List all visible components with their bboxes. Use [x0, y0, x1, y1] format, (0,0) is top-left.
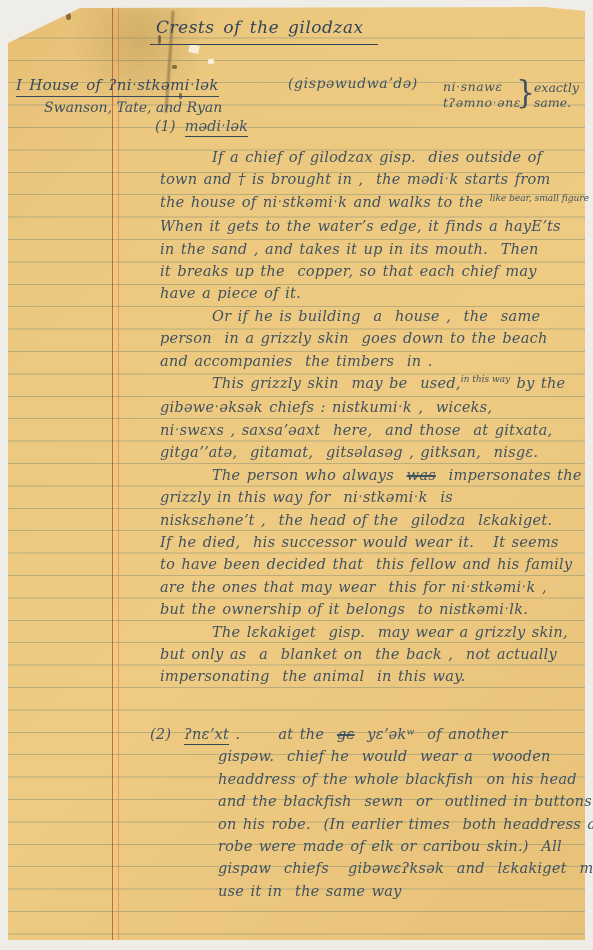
curly-brace: } — [516, 75, 535, 112]
handwritten-line: town and † is brought in , the mədiˑk st… — [160, 169, 576, 191]
handwritten-segment: are the ones that may wear this for niˑs… — [160, 580, 547, 596]
handwritten-line: in the sand , and takes it up in its mou… — [160, 239, 576, 261]
handwritten-line: nisksεhəneʼt , the head of the gilodza l… — [160, 510, 576, 532]
handwritten-line: gitgaʼʼatə, gitamat, gitsəlasəg , gitksa… — [160, 442, 576, 464]
handwritten-segment: (2) — [150, 727, 184, 743]
page-title: Crests of the gilodzax — [150, 18, 378, 45]
handwritten-segment: and the blackfish sewn or outlined in bu… — [218, 794, 592, 810]
handwritten-line: niˑswεxs , saxsaʼəaxt here, and those at… — [160, 420, 576, 442]
notes-paragraph: This grizzly skin may be used,in this wa… — [160, 373, 576, 465]
handwritten-line: If he died, his successor would wear it.… — [160, 532, 576, 554]
handwritten-segment: grizzly in this way for niˑstkəmiˑk is — [160, 490, 453, 506]
brace-note: exactly same. — [534, 80, 579, 110]
handwritten-segment-sup: in this way — [461, 375, 510, 385]
brace-note-line: same. — [534, 95, 579, 110]
brace-note-line: exactly — [534, 80, 579, 95]
handwritten-segment: on his robe. (In earlier times both head… — [218, 817, 593, 833]
handwritten-line: on his robe. (In earlier times both head… — [218, 814, 580, 836]
handwritten-line: are the ones that may wear this for niˑs… — [160, 577, 576, 599]
paper-speck — [66, 13, 71, 20]
handwritten-segment: Or if he is building a house , the same — [212, 309, 540, 325]
handwritten-segment: If he died, his successor would wear it.… — [160, 535, 559, 551]
handwritten-segment: person in a grizzly skin goes down to th… — [160, 331, 548, 347]
handwritten-segment: When it gets to the waterʼs edge, it fin… — [160, 219, 561, 235]
handwritten-segment: have a piece of it. — [160, 286, 301, 302]
notes-paragraph: Or if he is building a house , the samep… — [160, 306, 576, 373]
handwritten-line: headdress of the whole blackfish on his … — [218, 769, 580, 791]
handwritten-line: and accompanies the timbers in . — [160, 351, 576, 373]
item-number: (1) — [155, 119, 176, 135]
section-heading: I House of ʔniˑstkəmiˑlək — [16, 76, 219, 97]
margin-line — [118, 7, 119, 940]
handwritten-line: gispaw chiefs gibəwεʔksək and lεkakiget … — [218, 858, 580, 880]
handwritten-segment-sup: like bear, small figure — [490, 194, 589, 204]
crest-item-term: mədiˑlək — [185, 119, 248, 137]
handwritten-segment: . at the — [229, 727, 337, 743]
handwritten-segment: town and † is brought in , the mədiˑk st… — [160, 172, 550, 188]
notes-paragraph: If a chief of gilodzax gisp. dies outsid… — [160, 147, 576, 306]
crest-item-2-heading: (2) ʔnεʼxt . at the gε yεʼəkʷ of another — [150, 724, 580, 746]
handwritten-line: The lεkakiget gisp. may wear a grizzly s… — [160, 622, 576, 644]
handwritten-segment: If a chief of gilodzax gisp. dies outsid… — [212, 150, 542, 166]
handwritten-segment: but only as a blanket on the back , not … — [160, 647, 557, 663]
handwritten-line: (2) ʔnεʼxt . at the gε yεʼəkʷ of another — [150, 724, 580, 746]
handwritten-segment: headdress of the whole blackfish on his … — [218, 772, 577, 788]
handwritten-segment-underline: ʔnεʼxt — [184, 727, 229, 745]
handwritten-segment: beach. — [589, 195, 593, 211]
handwritten-segment: yεʼəkʷ of another — [355, 727, 508, 743]
handwritten-segment: The person who always — [212, 468, 407, 484]
phonetic-annotation: (gispəwudwaʼdə) — [288, 76, 418, 92]
margin-line — [112, 7, 113, 940]
handwritten-segment: gitgaʼʼatə, gitamat, gitsəlasəg , gitksa… — [160, 445, 538, 461]
notes-paragraph: The person who always was impersonates t… — [160, 465, 576, 622]
handwritten-line: Or if he is building a house , the same — [160, 306, 576, 328]
handwritten-line: to have been decided that this fellow an… — [160, 554, 576, 576]
handwritten-segment: by the — [510, 376, 565, 392]
paper-speck — [172, 65, 177, 69]
scanned-notebook-page: Crests of the gilodzax I House of ʔniˑst… — [0, 0, 593, 950]
handwritten-segment-strike: gε — [337, 727, 355, 743]
handwritten-line: it breaks up the copper, so that each ch… — [160, 261, 576, 283]
notes-block: If a chief of gilodzax gisp. dies outsid… — [160, 147, 576, 689]
handwritten-line: impersonating the animal in this way. — [160, 666, 576, 688]
handwritten-line: person in a grizzly skin goes down to th… — [160, 328, 576, 350]
handwritten-segment: but the ownership of it belongs to nistk… — [160, 602, 528, 618]
handwritten-segment: impersonates the — [436, 468, 582, 484]
notes-paragraph: The lεkakiget gisp. may wear a grizzly s… — [160, 622, 576, 689]
handwritten-segment-strike: was — [407, 468, 436, 484]
handwritten-segment: gibəweˑəksək chiefs : nistkumiˑk , wicek… — [160, 400, 492, 416]
handwritten-line: the house of niˑstkəmiˑk and walks to th… — [160, 192, 576, 216]
handwritten-line: When it gets to the waterʼs edge, it fin… — [160, 216, 576, 238]
handwritten-segment: in the sand , and takes it up in its mou… — [160, 242, 539, 258]
handwritten-segment: The lεkakiget gisp. may wear a grizzly s… — [212, 625, 568, 641]
handwritten-segment: to have been decided that this fellow an… — [160, 557, 572, 573]
handwritten-line: The person who always was impersonates t… — [160, 465, 576, 487]
handwritten-line: but only as a blanket on the back , not … — [160, 644, 576, 666]
handwritten-line: robe were made of elk or caribou skin.) … — [218, 836, 580, 858]
spacer — [176, 119, 185, 135]
handwritten-line: This grizzly skin may be used,in this wa… — [160, 373, 576, 397]
paper-chip — [208, 59, 215, 65]
crest-item-1-heading: (1) mədiˑlək — [155, 119, 248, 135]
handwritten-segment: nisksεhəneʼt , the head of the gilodza l… — [160, 513, 552, 529]
notes-paragraph: gispəw. chief he would wear a woodenhead… — [218, 746, 580, 903]
handwritten-segment: the house of niˑstkəmiˑk and walks to th… — [160, 195, 490, 211]
handwritten-segment: gispaw chiefs gibəwεʔksək and lεkakiget … — [218, 861, 593, 877]
handwritten-line: but the ownership of it belongs to nistk… — [160, 599, 576, 621]
handwritten-segment: This grizzly skin may be used, — [212, 376, 461, 392]
phonetic-variant-list: niˑsnawε tʔəmnoˑənε — [443, 79, 521, 111]
handwritten-line: have a piece of it. — [160, 283, 576, 305]
handwritten-segment: and accompanies the timbers in . — [160, 354, 433, 370]
paper-chip — [188, 44, 199, 54]
handwritten-segment: gispəw. chief he would wear a wooden — [218, 749, 551, 765]
handwritten-segment: use it in the same way — [218, 884, 402, 900]
handwritten-segment: impersonating the animal in this way. — [160, 669, 466, 685]
handwritten-line: and the blackfish sewn or outlined in bu… — [218, 791, 580, 813]
handwritten-line: gispəw. chief he would wear a wooden — [218, 746, 580, 768]
handwritten-segment: robe were made of elk or caribou skin.) … — [218, 839, 562, 855]
handwritten-line: gibəweˑəksək chiefs : nistkumiˑk , wicek… — [160, 397, 576, 419]
handwritten-segment: it breaks up the copper, so that each ch… — [160, 264, 537, 280]
handwritten-segment: niˑswεxs , saxsaʼəaxt here, and those at… — [160, 423, 552, 439]
crest-item-2-block: (2) ʔnεʼxt . at the gε yεʼəkʷ of another… — [150, 724, 580, 903]
informant-attribution: Swanson, Tate, and Ryan — [44, 100, 222, 116]
handwritten-line: use it in the same way — [218, 881, 580, 903]
handwritten-line: If a chief of gilodzax gisp. dies outsid… — [160, 147, 576, 169]
phonetic-variant: niˑsnawε — [443, 79, 521, 95]
handwritten-line: grizzly in this way for niˑstkəmiˑk is — [160, 487, 576, 509]
phonetic-variant: tʔəmnoˑənε — [443, 95, 521, 111]
